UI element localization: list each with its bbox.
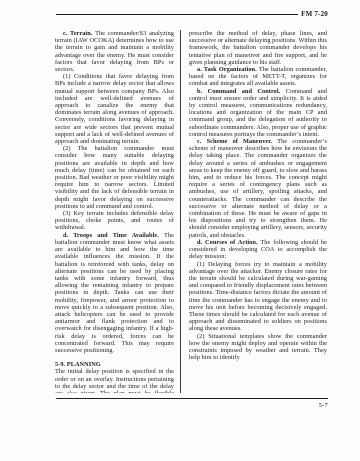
page-header: FM 7-20 xyxy=(56,5,328,17)
text-run: d. Courses of Action. xyxy=(197,239,260,246)
paragraph: (1) Delaying forces try to maintain a mo… xyxy=(189,261,327,333)
text-columns: c. Terrain. The commander/S3 analyzing t… xyxy=(55,30,327,393)
paragraph: d. Troops and Time Available. The battal… xyxy=(55,232,174,354)
page-number: 5-7 xyxy=(56,402,328,409)
text-run: The commander/S3 analyzing terrain (IAW … xyxy=(55,30,174,73)
left-column: c. Terrain. The commander/S3 analyzing t… xyxy=(55,30,174,393)
text-run: b. Command and Control. xyxy=(197,88,286,95)
manual-page: FM 7-20 c. Terrain. The commander/S3 ana… xyxy=(0,0,360,461)
text-run: prescribe the method of delay, phase lin… xyxy=(189,30,327,66)
text-run: must xyxy=(210,95,222,102)
text-run: (3) Key terrain includes defensible dela… xyxy=(55,210,174,231)
paragraph: (2) The battalion commander must conside… xyxy=(55,145,174,210)
paragraph: b. Command and Control. Command and cont… xyxy=(189,88,327,138)
header-rule xyxy=(56,5,298,15)
page-footer: 5-7 xyxy=(56,398,328,409)
paragraph: (3) Key terrain includes defensible dela… xyxy=(55,210,174,232)
text-run: (2) Situational templates show the comma… xyxy=(189,333,327,362)
paragraph: c. Terrain. The commander/S3 analyzing t… xyxy=(55,30,174,73)
text-run: (1) Conditions that favor delaying from … xyxy=(55,73,174,145)
text-run: d. Troops and Time Available. xyxy=(63,232,164,239)
doc-id: FM 7-20 xyxy=(298,10,328,18)
paragraph: a. Task Organization. The battalion comm… xyxy=(189,66,327,88)
paragraph: The initial delay position is specified … xyxy=(55,368,174,393)
text-run: c. Scheme of Maneuver. xyxy=(197,138,277,145)
text-run: (2) The battalion commander must conside… xyxy=(55,145,174,210)
paragraph: c. Scheme of Maneuver. The commander’s s… xyxy=(189,138,327,239)
paragraph: prescribe the method of delay, phase lin… xyxy=(189,30,327,66)
text-run: c. Terrain. xyxy=(63,30,95,37)
text-run: (1) Delaying forces try to maintain a mo… xyxy=(189,261,327,333)
column-divider-rule xyxy=(180,30,181,393)
paragraph: (2) Situational templates show the comma… xyxy=(189,333,327,362)
text-run: The battalion commander must know what a… xyxy=(55,232,174,354)
text-run: The commander’s scheme of maneuver descr… xyxy=(189,138,327,239)
footer-rule xyxy=(56,398,328,400)
paragraph: d. Courses of Action. The following shou… xyxy=(189,239,327,261)
text-run: a. Task Organization. xyxy=(197,66,259,73)
paragraph: (1) Conditions that favor delaying from … xyxy=(55,73,174,145)
right-column: prescribe the method of delay, phase lin… xyxy=(189,30,327,393)
section-heading: 5-9. PLANNING xyxy=(55,361,174,368)
text-run: 5-9. PLANNING xyxy=(55,361,101,368)
text-run: ensure order and simplicity. It is aided… xyxy=(189,95,327,138)
text-run: The initial delay position is specified … xyxy=(55,368,174,393)
